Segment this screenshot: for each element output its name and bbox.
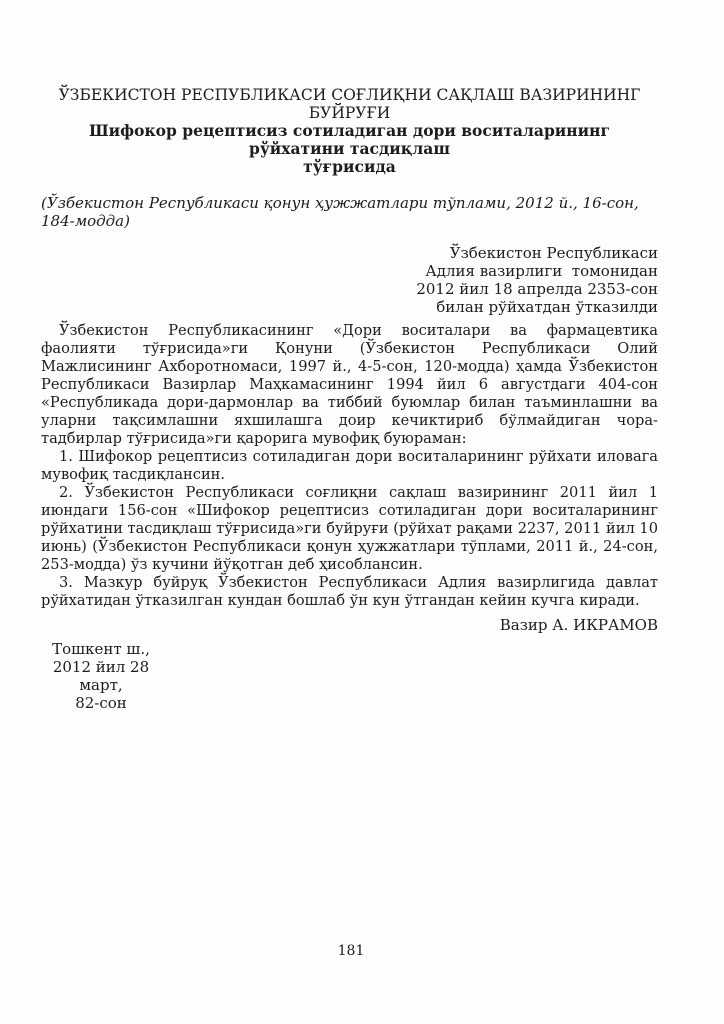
document-title: ЎЗБЕКИСТОН РЕСПУБЛИКАСИ СОҒЛИҚНИ САҚЛАШ …	[41, 86, 658, 122]
page-number: 181	[0, 942, 702, 960]
document-content: ЎЗБЕКИСТОН РЕСПУБЛИКАСИ СОҒЛИҚНИ САҚЛАШ …	[41, 0, 658, 712]
order-item-3: 3. Мазкур буйруқ Ўзбекистон Республикаси…	[41, 574, 658, 610]
registration-note: Ўзбекистон Республикаси Адлия вазирлиги …	[41, 244, 658, 316]
source-reference: (Ўзбекистон Республикаси қонун ҳужжатлар…	[41, 194, 658, 230]
signature-line: Вазир А. ИКРАМОВ	[41, 616, 658, 634]
preamble-paragraph: Ўзбекистон Республикасининг «Дори восита…	[41, 322, 658, 448]
issue-place-date: Тошкент ш., 2012 йил 28 март, 82-сон	[41, 640, 161, 712]
order-item-1: 1. Шифокор рецептисиз сотиладиган дори в…	[41, 448, 658, 484]
document-page: ЎЗБЕКИСТОН РЕСПУБЛИКАСИ СОҒЛИҚНИ САҚЛАШ …	[0, 0, 724, 1024]
order-item-2: 2. Ўзбекистон Республикаси соғлиқни сақл…	[41, 484, 658, 574]
document-subtitle: Шифокор рецептисиз сотиладиган дори воси…	[41, 122, 658, 176]
